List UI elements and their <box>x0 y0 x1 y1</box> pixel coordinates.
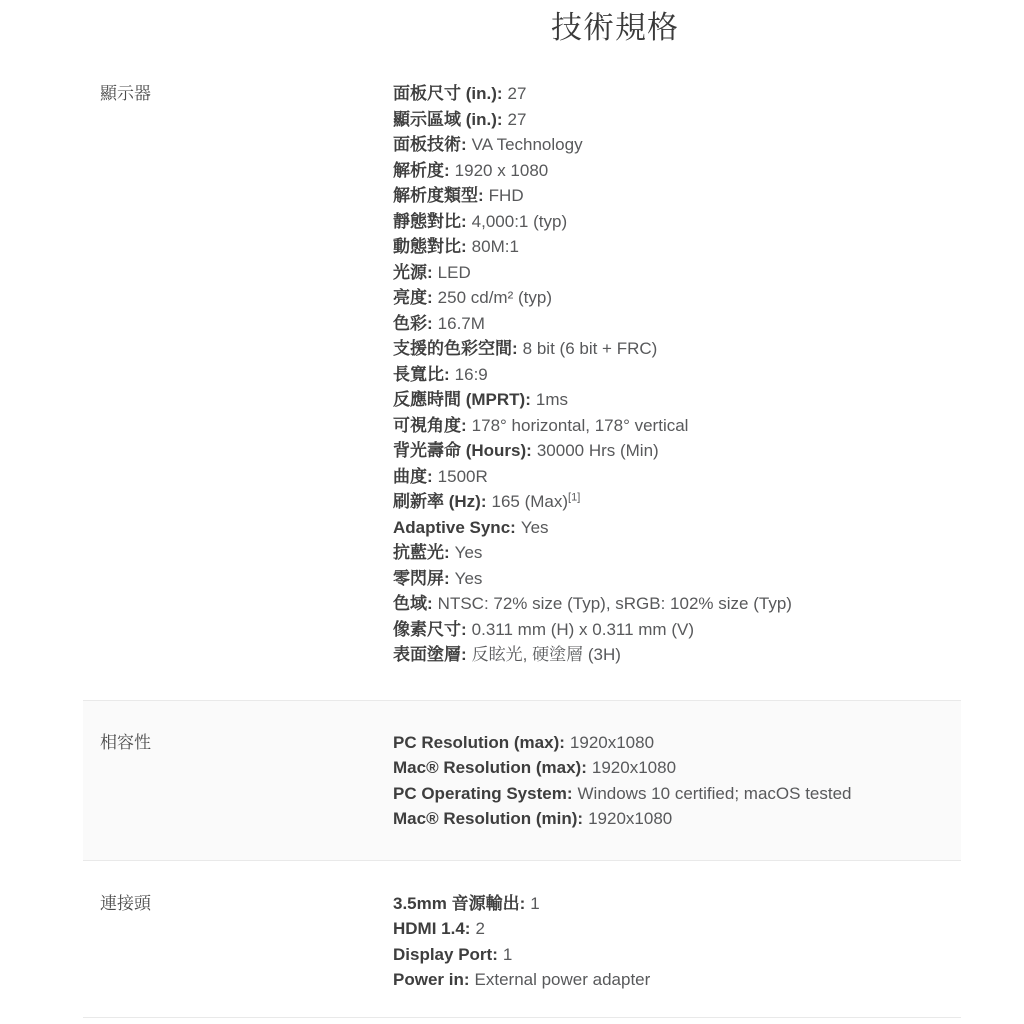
spec-row: 解析度:1920 x 1080 <box>393 158 961 184</box>
spec-row: PC Operating System:Windows 10 certified… <box>393 781 961 807</box>
spec-row: 長寬比:16:9 <box>393 362 961 388</box>
spec-row: 動態對比:80M:1 <box>393 234 961 260</box>
spec-row: 色域:NTSC: 72% size (Typ), sRGB: 102% size… <box>393 591 961 617</box>
spec-label: 零閃屏: <box>393 569 450 588</box>
section-spec-list: 3.5mm 音源輸出:1 HDMI 1.4:2 Display Port:1 P… <box>393 891 961 993</box>
spec-label: PC Operating System: <box>393 784 573 803</box>
spec-section: 相容性 PC Resolution (max):1920x1080 Mac® R… <box>83 700 961 860</box>
spec-value: 4,000:1 (typ) <box>472 212 567 231</box>
spec-value: 30000 Hrs (Min) <box>537 441 659 460</box>
spec-sections: 顯示器 面板尺寸 (in.):27 顯示區域 (in.):27 面板技術:VA … <box>83 51 961 1018</box>
spec-label: 3.5mm 音源輸出: <box>393 894 525 913</box>
spec-row: 零閃屏:Yes <box>393 566 961 592</box>
spec-label: 動態對比: <box>393 237 467 256</box>
spec-value: 1 <box>503 945 512 964</box>
spec-value: Windows 10 certified; macOS tested <box>578 784 852 803</box>
spec-row: 曲度:1500R <box>393 464 961 490</box>
spec-label: 抗藍光: <box>393 543 450 562</box>
spec-value: 1500R <box>438 467 488 486</box>
spec-label: 解析度: <box>393 161 450 180</box>
spec-label: 長寬比: <box>393 365 450 384</box>
spec-row: 像素尺寸:0.311 mm (H) x 0.311 mm (V) <box>393 617 961 643</box>
spec-value: 16:9 <box>455 365 488 384</box>
spec-value: LED <box>438 263 471 282</box>
spec-label: 支援的色彩空間: <box>393 339 518 358</box>
spec-label: 面板尺寸 (in.): <box>393 84 503 103</box>
spec-label: 反應時間 (MPRT): <box>393 390 531 409</box>
spec-label: 面板技術: <box>393 135 467 154</box>
spec-row: 色彩:16.7M <box>393 311 961 337</box>
spec-label: 色域: <box>393 594 433 613</box>
spec-value: 反眩光, 硬塗層 (3H) <box>472 645 621 664</box>
spec-label: Power in: <box>393 970 470 989</box>
spec-value: Yes <box>455 543 483 562</box>
spec-value: 165 (Max) <box>491 492 568 511</box>
spec-label: 像素尺寸: <box>393 620 467 639</box>
spec-value: 1920x1080 <box>588 809 672 828</box>
spec-row: 背光壽命 (Hours):30000 Hrs (Min) <box>393 438 961 464</box>
spec-row: 可視角度:178° horizontal, 178° vertical <box>393 413 961 439</box>
spec-value: 1ms <box>536 390 568 409</box>
spec-label: 刷新率 (Hz): <box>393 492 486 511</box>
section-label: 連接頭 <box>83 891 393 917</box>
page-title: 技術規格 <box>0 5 1024 51</box>
spec-value: 0.311 mm (H) x 0.311 mm (V) <box>472 620 694 639</box>
spec-label: 可視角度: <box>393 416 467 435</box>
section-label: 相容性 <box>83 730 393 756</box>
spec-row: 抗藍光:Yes <box>393 540 961 566</box>
spec-row: Adaptive Sync:Yes <box>393 515 961 541</box>
spec-section: 連接頭 3.5mm 音源輸出:1 HDMI 1.4:2 Display Port… <box>83 860 961 1018</box>
spec-label: 解析度類型: <box>393 186 484 205</box>
spec-label: Adaptive Sync: <box>393 518 516 537</box>
section-spec-list: PC Resolution (max):1920x1080 Mac® Resol… <box>393 730 961 832</box>
spec-label: HDMI 1.4: <box>393 919 470 938</box>
spec-row: 支援的色彩空間:8 bit (6 bit + FRC) <box>393 336 961 362</box>
spec-row: 解析度類型:FHD <box>393 183 961 209</box>
spec-value: 27 <box>508 84 527 103</box>
spec-value: 1 <box>530 894 539 913</box>
spec-value: 27 <box>508 110 527 129</box>
spec-value: 8 bit (6 bit + FRC) <box>523 339 658 358</box>
spec-row: Display Port:1 <box>393 942 961 968</box>
spec-value: Yes <box>521 518 549 537</box>
spec-label: 曲度: <box>393 467 433 486</box>
spec-value: NTSC: 72% size (Typ), sRGB: 102% size (T… <box>438 594 792 613</box>
spec-value: 16.7M <box>438 314 485 333</box>
spec-value: 1920 x 1080 <box>455 161 549 180</box>
spec-value: 1920x1080 <box>592 758 676 777</box>
spec-row: 靜態對比:4,000:1 (typ) <box>393 209 961 235</box>
spec-label: 背光壽命 (Hours): <box>393 441 532 460</box>
spec-label: 顯示區域 (in.): <box>393 110 503 129</box>
spec-label: 亮度: <box>393 288 433 307</box>
spec-value: External power adapter <box>475 970 651 989</box>
spec-value: 250 cd/m² (typ) <box>438 288 552 307</box>
spec-row: 3.5mm 音源輸出:1 <box>393 891 961 917</box>
spec-label: PC Resolution (max): <box>393 733 565 752</box>
spec-value: 80M:1 <box>472 237 519 256</box>
footnote-ref-icon: [1] <box>568 491 580 503</box>
spec-row: Mac® Resolution (min):1920x1080 <box>393 806 961 832</box>
spec-row: 亮度:250 cd/m² (typ) <box>393 285 961 311</box>
spec-value: VA Technology <box>472 135 583 154</box>
spec-row: PC Resolution (max):1920x1080 <box>393 730 961 756</box>
section-spec-list: 面板尺寸 (in.):27 顯示區域 (in.):27 面板技術:VA Tech… <box>393 81 961 668</box>
spec-row: Mac® Resolution (max):1920x1080 <box>393 755 961 781</box>
spec-row: 刷新率 (Hz):165 (Max)[1] <box>393 489 961 515</box>
spec-label: Mac® Resolution (max): <box>393 758 587 777</box>
spec-label: 靜態對比: <box>393 212 467 231</box>
spec-label: Display Port: <box>393 945 498 964</box>
spec-row: 面板技術:VA Technology <box>393 132 961 158</box>
spec-label: 光源: <box>393 263 433 282</box>
spec-value: FHD <box>489 186 524 205</box>
spec-row: 反應時間 (MPRT):1ms <box>393 387 961 413</box>
spec-value: 178° horizontal, 178° vertical <box>472 416 689 435</box>
spec-label: 色彩: <box>393 314 433 333</box>
spec-value: Yes <box>455 569 483 588</box>
spec-label: Mac® Resolution (min): <box>393 809 583 828</box>
spec-row: 光源:LED <box>393 260 961 286</box>
spec-label: 表面塗層: <box>393 645 467 664</box>
spec-row: Power in:External power adapter <box>393 967 961 993</box>
section-label: 顯示器 <box>83 81 393 107</box>
spec-row: 表面塗層:反眩光, 硬塗層 (3H) <box>393 642 961 668</box>
spec-section: 顯示器 面板尺寸 (in.):27 顯示區域 (in.):27 面板技術:VA … <box>83 51 961 700</box>
spec-row: 顯示區域 (in.):27 <box>393 107 961 133</box>
spec-page: 技術規格 顯示器 面板尺寸 (in.):27 顯示區域 (in.):27 面板技… <box>0 5 1024 1018</box>
spec-value: 1920x1080 <box>570 733 654 752</box>
spec-value: 2 <box>475 919 484 938</box>
spec-row: 面板尺寸 (in.):27 <box>393 81 961 107</box>
spec-row: HDMI 1.4:2 <box>393 916 961 942</box>
